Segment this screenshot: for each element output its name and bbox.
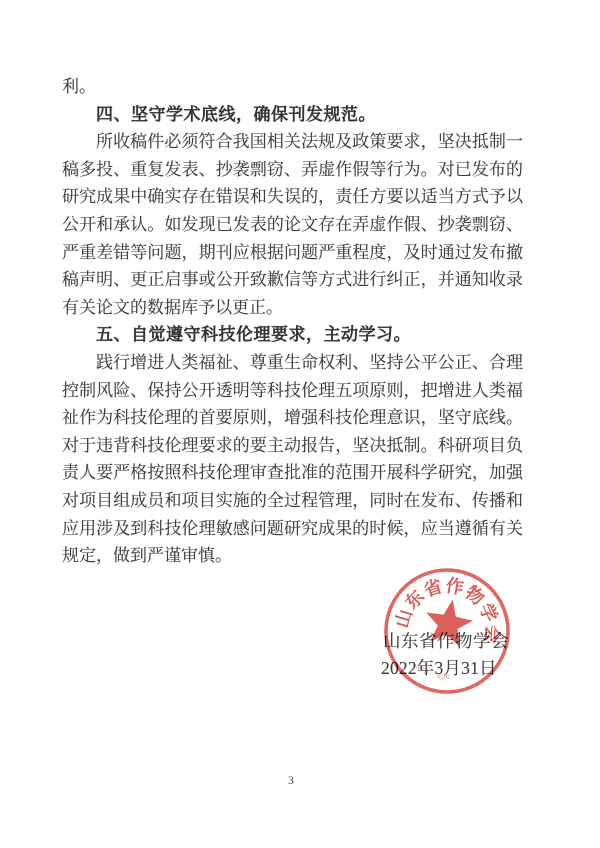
star-icon: [421, 595, 476, 648]
official-seal: 山 东 省 作 物 学 会 370···620: [362, 546, 532, 716]
text-line: 对项目组成员和项目实施的全过程管理，同时在发布、传播和: [62, 487, 523, 515]
text-line: 对于违背科技伦理要求的要主动报告，坚决抵制。科研项目负: [62, 432, 523, 460]
seal-arc-char: 作: [444, 574, 465, 598]
text-line: 有关论文的数据库予以更正。: [62, 294, 523, 322]
seal-arc-char: 省: [421, 575, 445, 601]
text-line: 稿声明、更正启事或公开致歉信等方式进行纠正，并通知收录: [62, 266, 523, 294]
text-line: 祉作为科技伦理的首要原则，增强科技伦理意识，坚守底线。: [62, 404, 523, 432]
text-line: 严重差错等问题，期刊应根据问题严重程度，及时通过发布撤: [62, 239, 523, 267]
seal-graphic: 山 东 省 作 物 学 会 370···620: [362, 546, 532, 716]
text-line: 利。: [62, 73, 523, 101]
text-line: 所收稿件必须符合我国相关法规及政策要求，坚决抵制一: [62, 128, 523, 156]
text-line: 稿多投、重复发表、抄袭剽窃、弄虚作假等行为。对已发布的: [62, 156, 523, 184]
text-line: 公开和承认。如发现已发表的论文存在弄虚作假、抄袭剽窃、: [62, 211, 523, 239]
text-line: 控制风险、保持公开透明等科技伦理五项原则，把增进人类福: [62, 377, 523, 405]
text-line: 研究成果中确实存在错误和失误的，责任方要以适当方式予以: [62, 183, 523, 211]
document-page: 利。四、坚守学术底线，确保刊发规范。所收稿件必须符合我国相关法规及政策要求，坚决…: [0, 0, 600, 848]
document-body: 利。四、坚守学术底线，确保刊发规范。所收稿件必须符合我国相关法规及政策要求，坚决…: [62, 73, 523, 570]
page-number: 3: [284, 775, 298, 787]
text-line: 责人要严格按照科技伦理审查批准的范围开展科学研究，加强: [62, 459, 523, 487]
text-line: 应用涉及到科技伦理敏感问题研究成果的时候，应当遵循有关: [62, 515, 523, 543]
text-line: 践行增进人类福祉、尊重生命权利、坚持公平公正、合理: [62, 349, 523, 377]
seal-code: 370···620: [414, 663, 453, 682]
section-heading: 四、坚守学术底线，确保刊发规范。: [62, 101, 523, 129]
seal-arc-char: 会: [481, 624, 503, 643]
section-heading: 五、自觉遵守科技伦理要求，主动学习。: [62, 321, 523, 349]
